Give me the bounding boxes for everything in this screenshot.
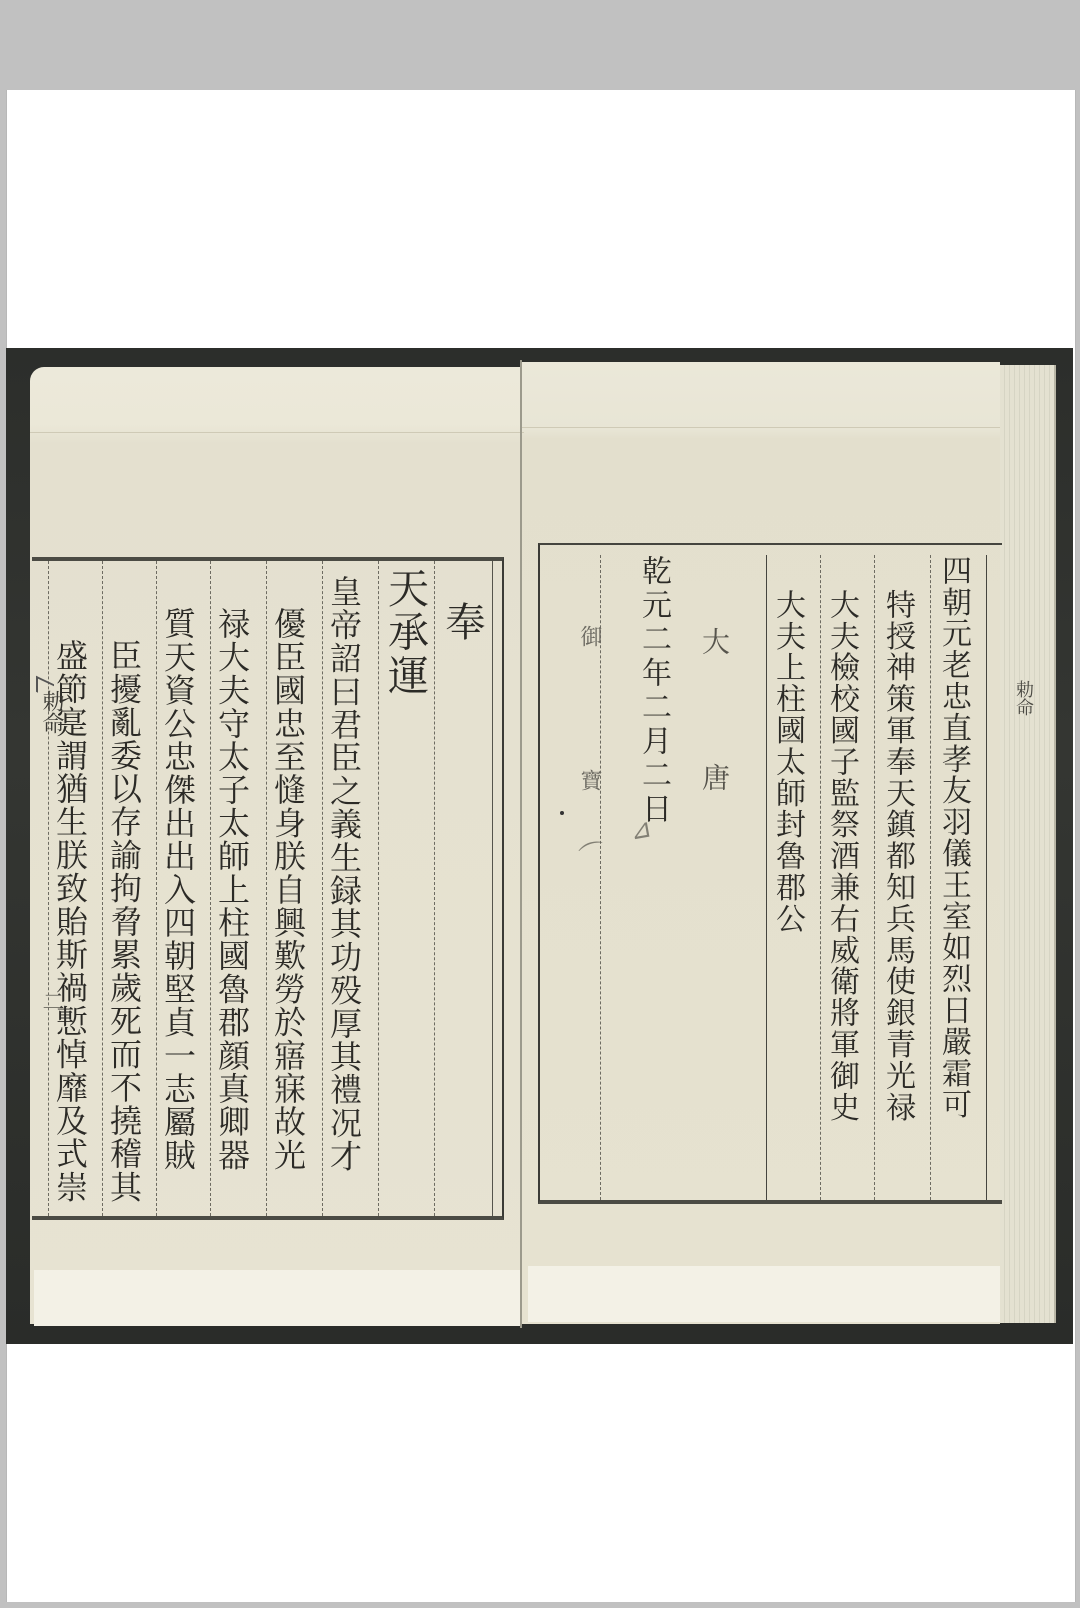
text-column: 大夫上柱國太師封魯郡公 bbox=[772, 589, 802, 934]
text-column: 特授神策軍奉天鎮都知兵馬使銀青光禄 bbox=[882, 589, 912, 1123]
right-text-block: 四朝元老忠直孝友羽儀王室如烈日嚴霜可 特授神策軍奉天鎮都知兵馬使銀青光禄 大夫檢… bbox=[538, 543, 1002, 1204]
column-rule bbox=[492, 561, 493, 1216]
text-column: 皇帝詔曰君臣之義生録其功殁厚其禮况才 bbox=[328, 575, 360, 1173]
column-rule bbox=[434, 561, 435, 1216]
text-column: 天承運 bbox=[384, 567, 425, 697]
column-rule bbox=[210, 561, 211, 1216]
text-column: 優臣國忠至㦀身朕自興歎勞於寤寐故光 bbox=[272, 607, 304, 1171]
page-number-label: 二 bbox=[36, 990, 67, 1012]
text-column-imperial-seal: 御 寶 bbox=[578, 625, 600, 841]
page-stack-edges bbox=[1000, 365, 1056, 1323]
text-column: 奉 bbox=[442, 601, 482, 643]
text-column: 四朝元老忠直孝友羽儀王室如烈日嚴霜可 bbox=[938, 555, 968, 1120]
margin-title-label: 勅命 bbox=[36, 690, 67, 734]
column-rule bbox=[48, 561, 49, 1216]
book-gutter bbox=[520, 360, 522, 1328]
column-rule bbox=[266, 561, 267, 1216]
text-column: 大夫檢校國子監祭酒兼右威衛將軍御史 bbox=[826, 589, 856, 1123]
column-rule bbox=[102, 561, 103, 1216]
text-column-date: 乾元二年二月二日 bbox=[638, 555, 668, 827]
ink-spot bbox=[560, 811, 564, 815]
text-column-dynasty: 大 唐 bbox=[700, 627, 728, 831]
column-rule bbox=[766, 555, 767, 1200]
seal-impression-fragment: ⌒ bbox=[574, 832, 611, 876]
page-edge-title-label: 勅命 bbox=[1010, 680, 1036, 716]
text-column: 質天資公忠傑出出入四朝堅貞一志屬賊 bbox=[162, 607, 194, 1171]
column-rule bbox=[986, 555, 987, 1200]
column-rule bbox=[874, 555, 875, 1200]
column-rule bbox=[322, 561, 323, 1216]
left-page-fold-line bbox=[30, 432, 524, 433]
left-page-bottom-flap bbox=[34, 1270, 522, 1326]
right-page-bottom-flap bbox=[528, 1266, 1000, 1322]
column-rule bbox=[820, 555, 821, 1200]
column-rule bbox=[378, 561, 379, 1216]
right-page-fold-line bbox=[522, 427, 1002, 428]
column-rule bbox=[156, 561, 157, 1216]
text-column: 禄大夫守太子太師上柱國魯郡顔真卿器 bbox=[216, 607, 248, 1171]
column-rule bbox=[930, 555, 931, 1200]
left-text-block: 奉 天承運 皇帝詔曰君臣之義生録其功殁厚其禮况才 優臣國忠至㦀身朕自興歎勞於寤寐… bbox=[32, 557, 504, 1220]
text-column: 臣擾亂委以存諭拘脅累歲死而不撓稽其 bbox=[108, 639, 140, 1203]
